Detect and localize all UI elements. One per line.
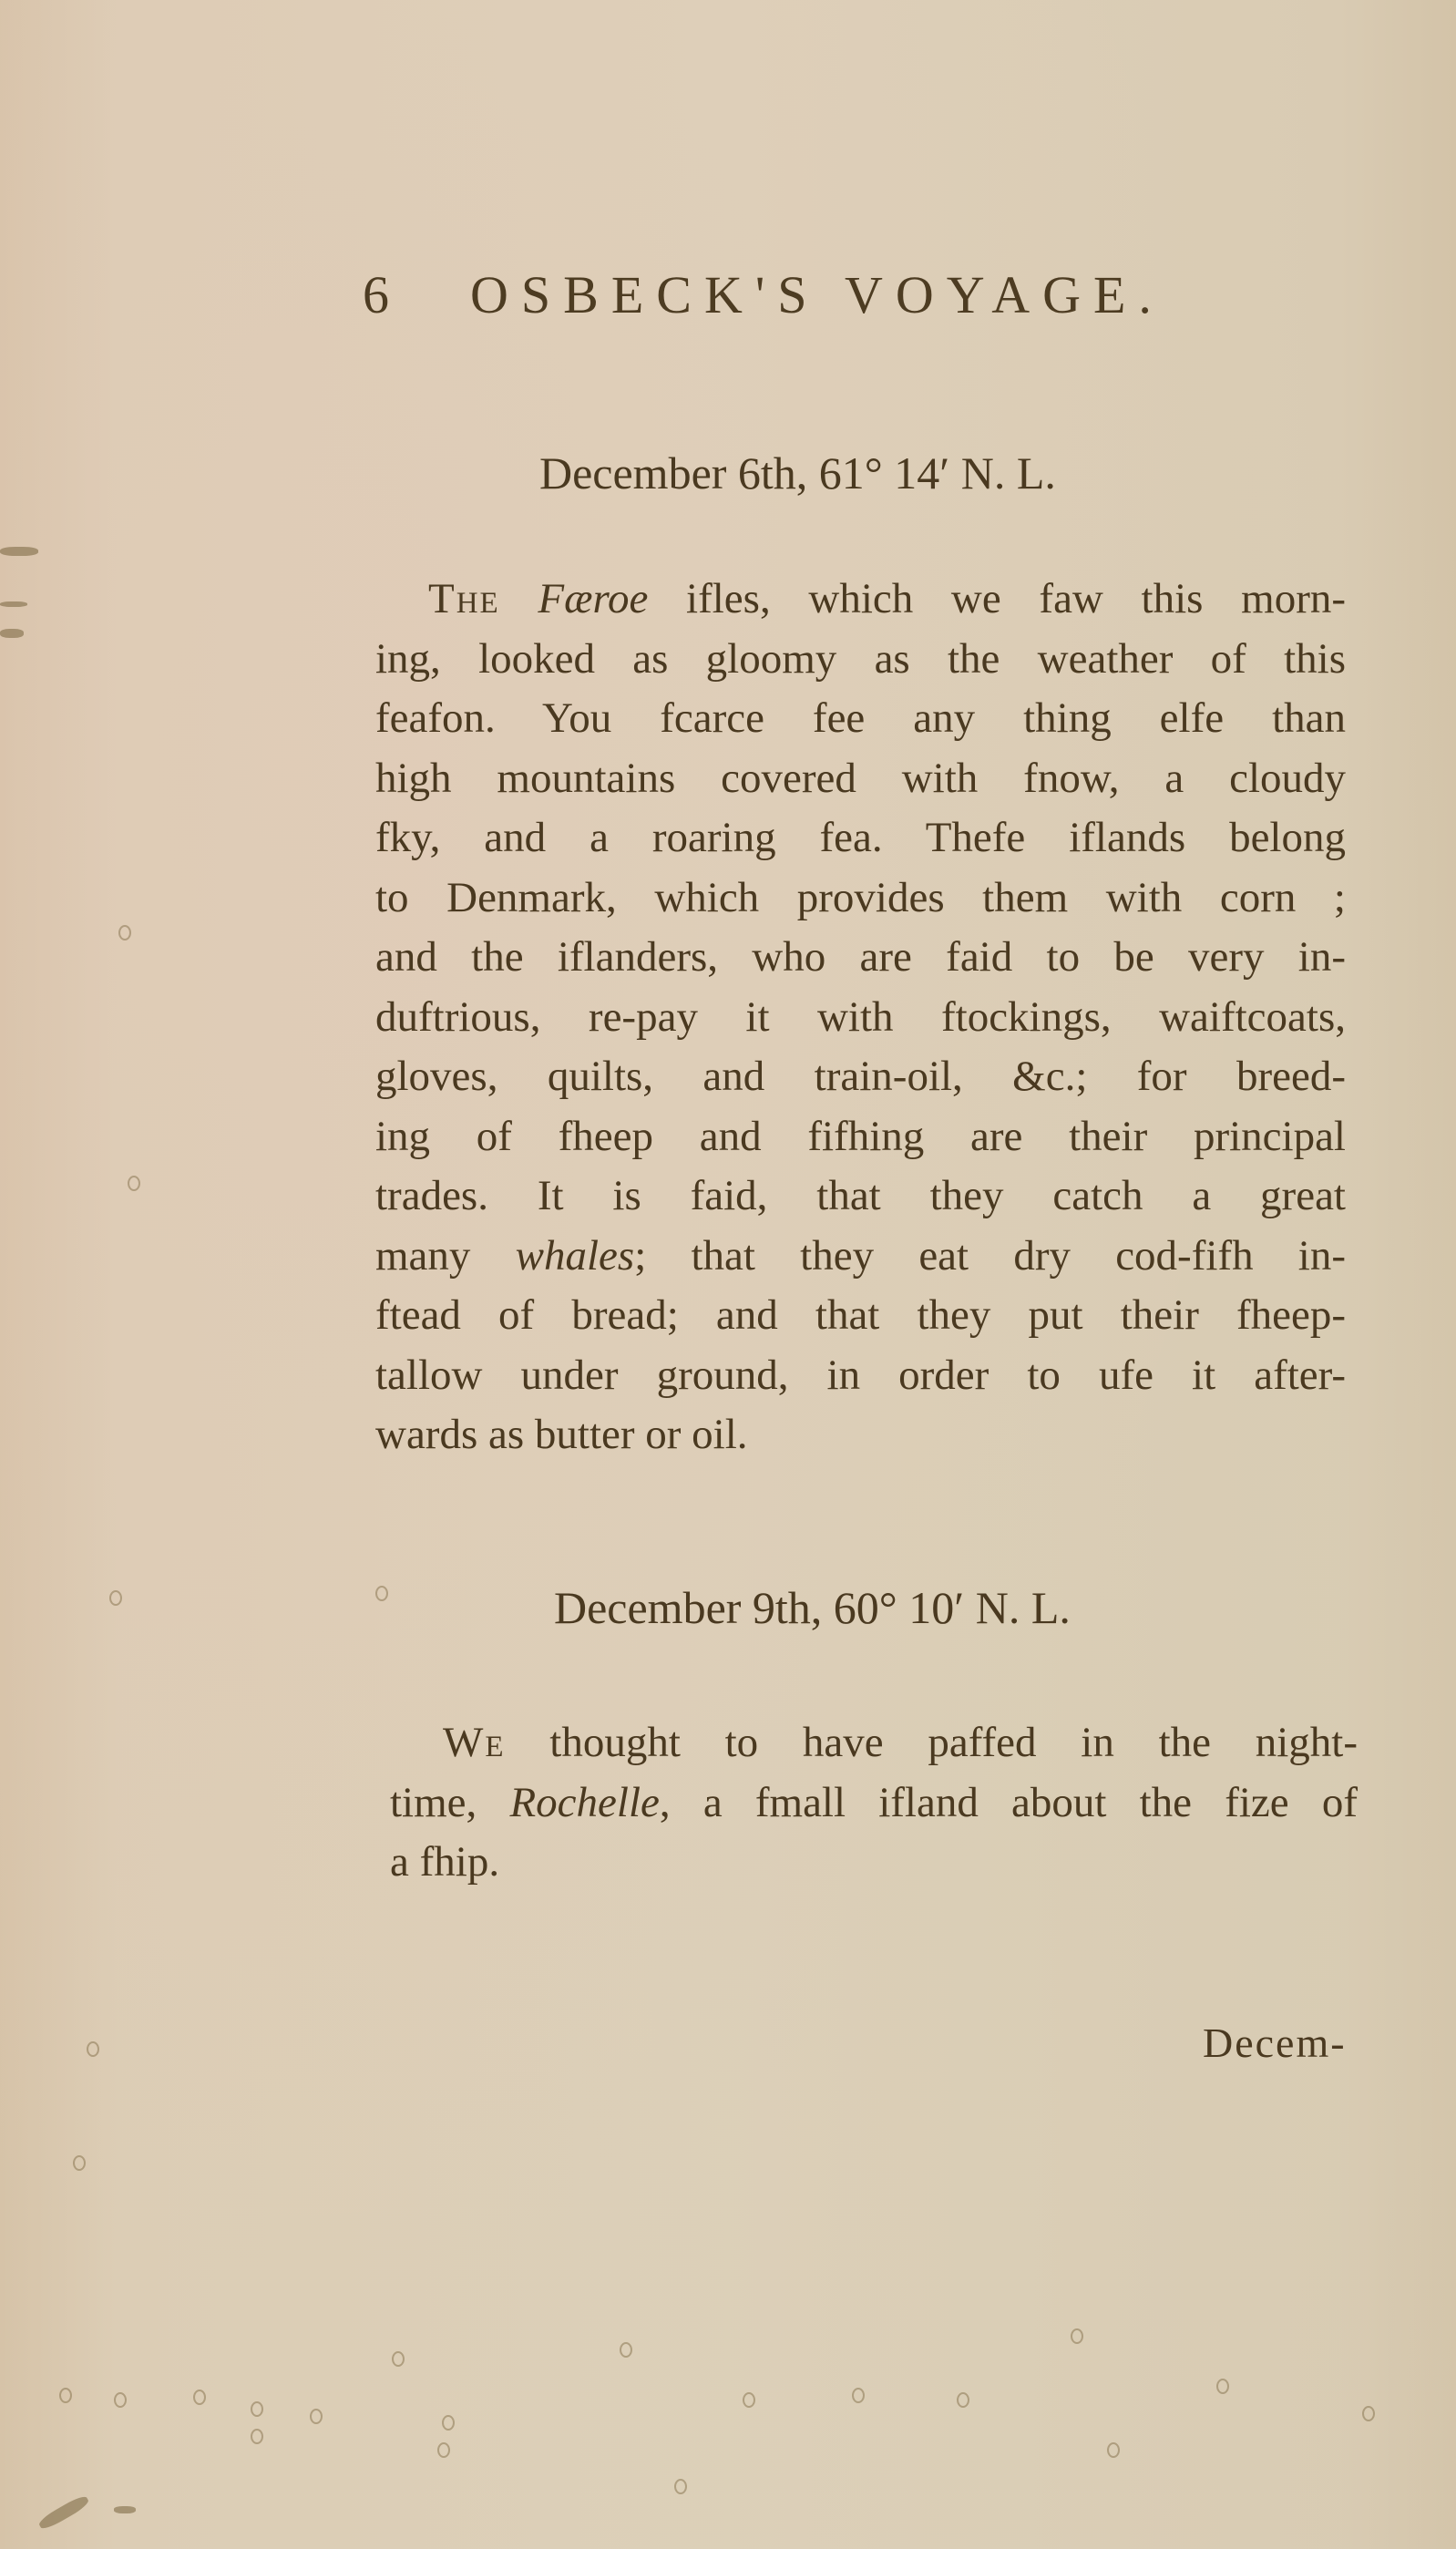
paper-speck [118, 925, 131, 940]
text-line: to Denmark, which provides them with cor… [375, 869, 1346, 929]
text-line: and the iflanders, who are faid to be ve… [375, 928, 1346, 988]
paper-speck [128, 1176, 140, 1191]
text-line: trades. It is faid, that they catch a gr… [375, 1167, 1346, 1227]
paper-speck [87, 2041, 99, 2057]
small-caps-lead: The [428, 575, 500, 622]
paper-speck [1107, 2442, 1120, 2458]
text-line: ftead of bread; and that they put their … [375, 1286, 1346, 1346]
paper-speck [620, 2342, 632, 2358]
paper-speck [73, 2155, 86, 2171]
entry-heading-december-9: December 9th, 60° 10′ N. L. [554, 1581, 1071, 1634]
line-text: ; that they eat dry cod-fifh in- [634, 1232, 1346, 1280]
paper-speck [1362, 2406, 1375, 2421]
paper-speck [59, 2388, 72, 2403]
text-line: We thought to have paffed in the night- [390, 1713, 1358, 1773]
book-page: 6OSBECK'S VOYAGE. December 6th, 61° 14′ … [0, 0, 1456, 2549]
paper-speck [437, 2442, 450, 2458]
text-line: tallow under ground, in order to ufe it … [375, 1346, 1346, 1406]
italic-word: Rochelle [509, 1779, 659, 1826]
binding-mark [0, 547, 38, 556]
catchword: Decem- [1203, 2019, 1347, 2067]
text-line: many whales; that they eat dry cod-fifh … [375, 1227, 1346, 1287]
paper-speck [743, 2392, 755, 2408]
paper-speck [1216, 2379, 1229, 2394]
paper-speck [375, 1586, 388, 1601]
text-line: ing, looked as gloomy as the weather of … [375, 630, 1346, 690]
entry-paragraph-december-9: We thought to have paffed in the night- … [390, 1713, 1358, 1893]
text-line: fky, and a roaring fea. Thefe iflands be… [375, 808, 1346, 869]
italic-word: whales [516, 1232, 635, 1280]
line-text: thought to have paffed in the night- [506, 1719, 1358, 1766]
paper-speck [193, 2390, 206, 2405]
text-line: ing of fheep and fifhing are their princ… [375, 1107, 1346, 1167]
italic-word: Færoe [538, 575, 648, 622]
line-text: , a fmall ifland about the fize of [660, 1779, 1358, 1826]
line-text: time, [390, 1779, 509, 1826]
text-line: wards as butter or oil. [375, 1405, 1346, 1465]
page-number: 6 [363, 264, 470, 325]
text-line: time, Rochelle, a fmall ifland about the… [390, 1773, 1358, 1834]
paper-speck [852, 2388, 865, 2403]
text-line: a fhip. [390, 1833, 1358, 1893]
binding-mark [114, 2506, 136, 2513]
text-line: gloves, quilts, and train-oil, &c.; for … [375, 1047, 1346, 1107]
binding-mark [37, 2493, 91, 2532]
paper-speck [251, 2401, 263, 2417]
paper-speck [109, 1590, 122, 1606]
paper-speck [114, 2392, 127, 2408]
paper-speck [674, 2479, 687, 2494]
small-caps-lead: We [443, 1719, 506, 1766]
text-line: high mountains covered with fnow, a clou… [375, 749, 1346, 809]
binding-mark [0, 629, 24, 638]
paper-speck [310, 2409, 323, 2424]
text-line: The Færoe ifles, which we faw this morn- [375, 570, 1346, 630]
line-text: ifles, which we faw this morn- [648, 575, 1346, 622]
paper-speck [392, 2351, 405, 2367]
paper-speck [442, 2415, 455, 2431]
paper-speck [251, 2429, 263, 2444]
entry-heading-december-6: December 6th, 61° 14′ N. L. [539, 447, 1056, 499]
line-text: many [375, 1232, 516, 1280]
text-line: feafon. You fcarce fee any thing elfe th… [375, 689, 1346, 749]
binding-mark [0, 601, 27, 607]
text-line: duftrious, re-pay it with ftockings, wai… [375, 988, 1346, 1048]
running-head: 6OSBECK'S VOYAGE. [363, 264, 1274, 325]
entry-paragraph-december-6: The Færoe ifles, which we faw this morn-… [375, 570, 1346, 1465]
paper-speck [1071, 2328, 1083, 2344]
running-title: OSBECK'S VOYAGE. [470, 265, 1164, 324]
paper-speck [957, 2392, 969, 2408]
